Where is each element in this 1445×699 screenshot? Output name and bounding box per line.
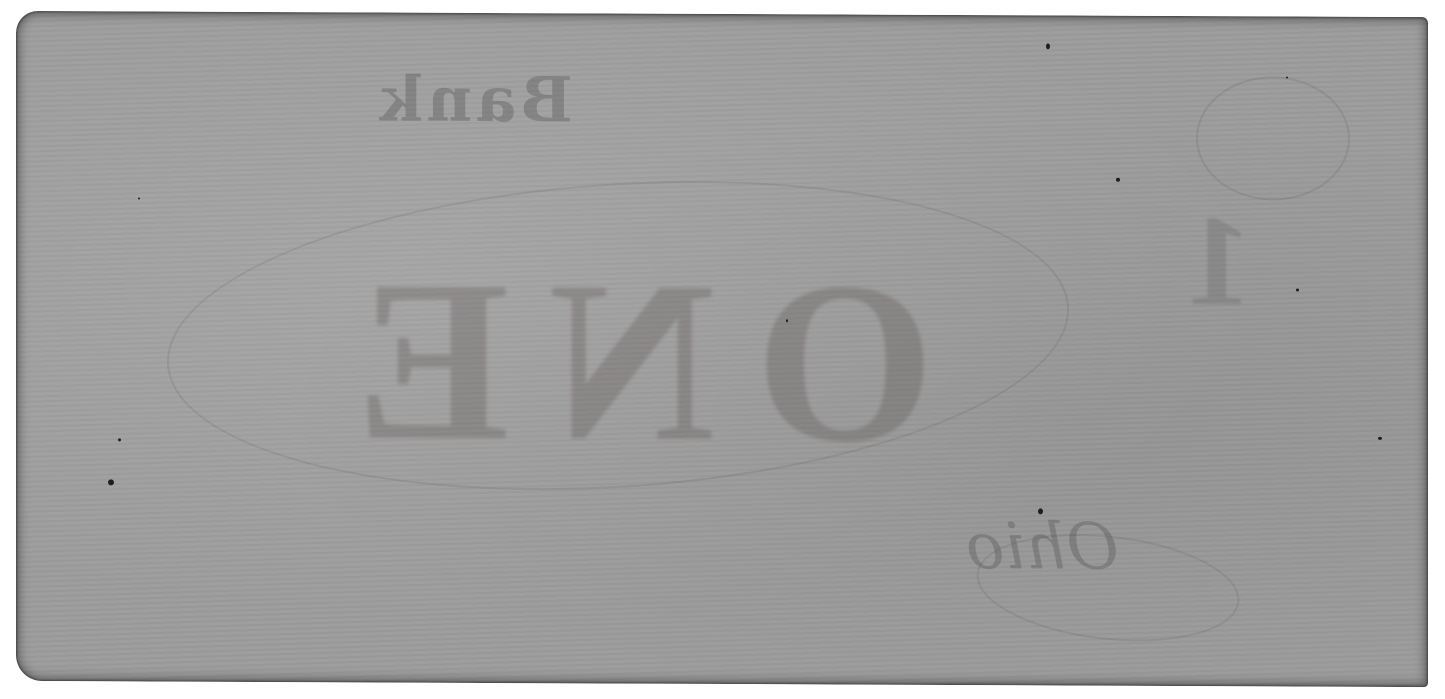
engraved-flourish [971,522,1244,654]
ink-speck [108,479,114,485]
photo-scene: Bank ONE Ohio 1 [0,0,1445,699]
ink-speck [1046,43,1050,49]
show-through-numeral: 1 [1186,186,1251,336]
banknote-reverse: Bank ONE Ohio 1 [16,11,1428,687]
ink-speck [1296,289,1299,292]
show-through-state-name: Ohio [966,510,1119,585]
ink-speck [1116,178,1120,182]
show-through-bank-title: Bank [376,62,573,136]
ink-speck [786,319,788,322]
ink-speck [118,438,121,441]
ink-speck [1378,437,1382,440]
show-through-denomination: ONE [316,227,934,495]
ink-speck [1038,508,1043,514]
engraved-flourish [1196,76,1350,201]
ink-speck [138,197,140,199]
ink-speck [1286,76,1288,78]
engraved-flourish [156,154,1079,516]
